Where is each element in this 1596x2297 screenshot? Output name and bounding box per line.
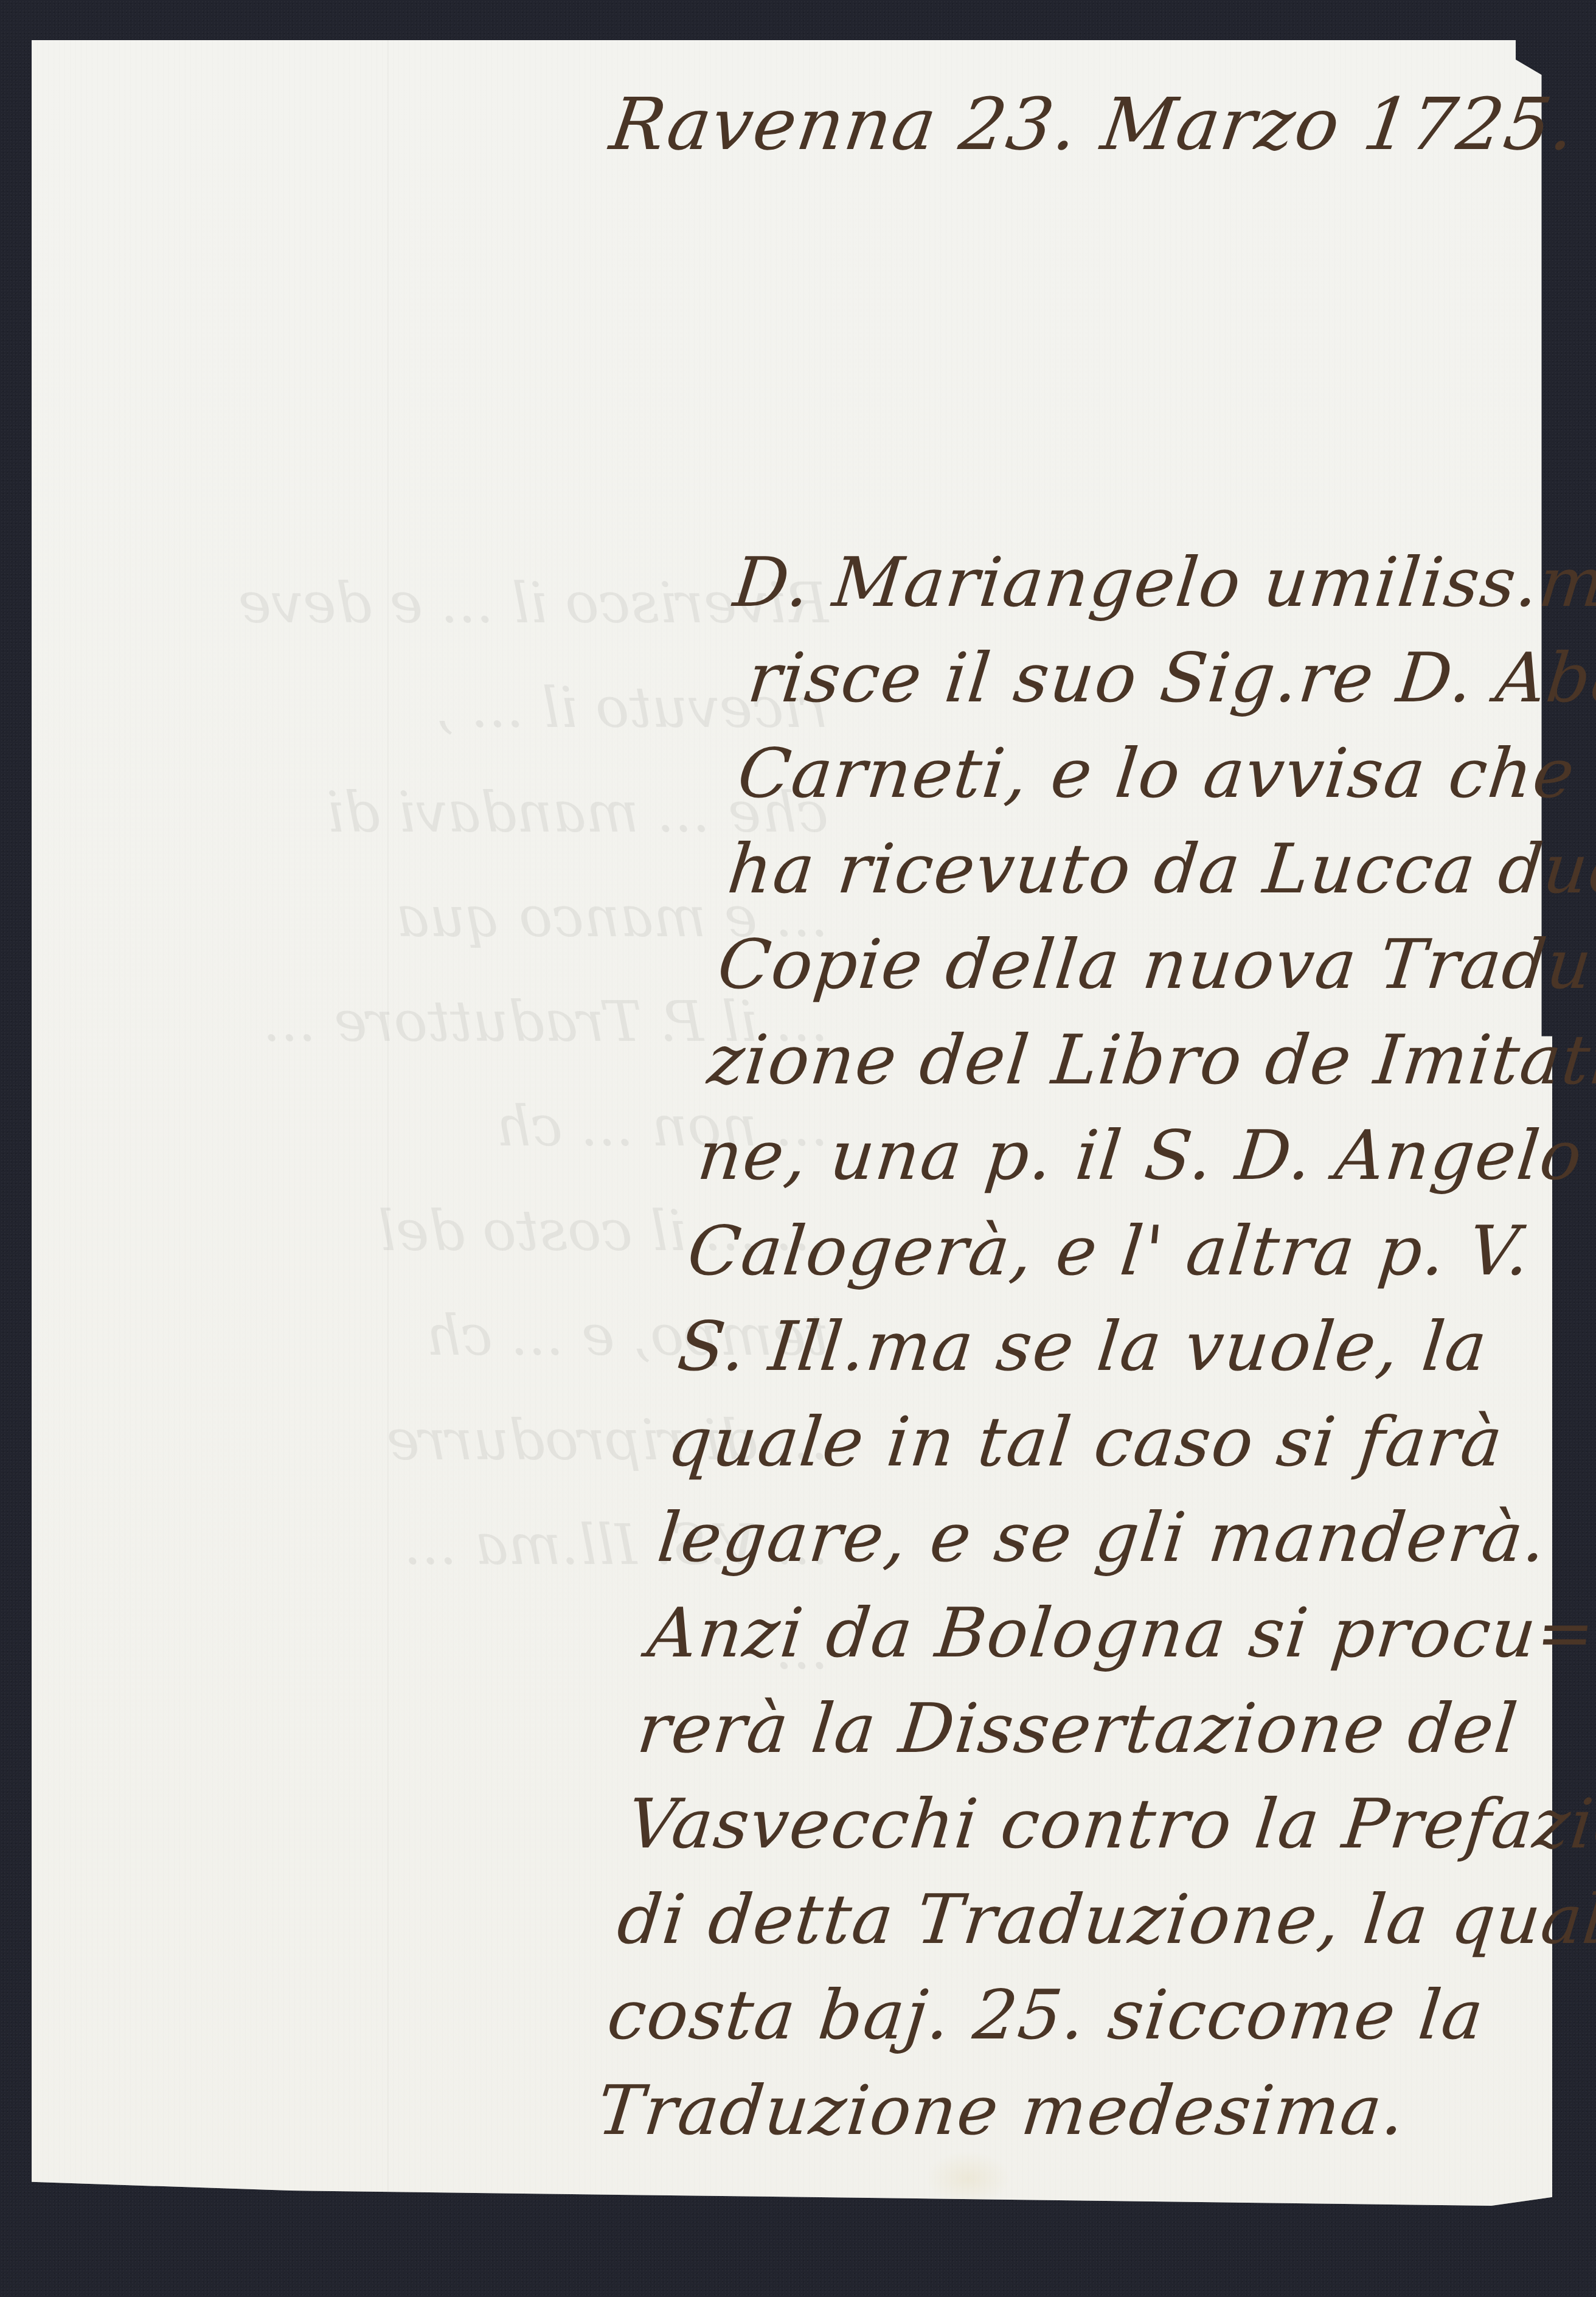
letter-line: ne, una p. il S. D. Angelo [693,1108,1596,1204]
bleed-line: ... e manco qua [68,865,828,970]
paper-stain [926,2151,1011,2206]
letter-line: costa baj. 25. siccome la [603,1968,1596,2063]
letter-line: rerà la Dissertazione del [633,1681,1596,1777]
letter-line: Traduzione medesima. [593,2063,1596,2159]
letter-line: di detta Traduzione, la quale [613,1872,1596,1968]
bleed-line: che ... mandavi di [68,760,828,865]
letter-line: Calogerà, e l' altra p. V. [683,1204,1596,1299]
letter-line: Copie della nuova Tradu= [713,917,1596,1013]
letter-body: D. Mariangelo umiliss.me rive= risce il … [593,535,1596,2159]
letter-line: quale in tal caso si farà [663,1395,1596,1490]
letter-line: risce il suo Sig.re D. Abate [743,631,1596,726]
letter-dateline: Ravenna 23. Marzo 1725. [605,82,1581,166]
letter-line: legare, e se gli manderà. [653,1490,1596,1586]
letter-line: Anzi da Bologna si procu= [643,1586,1596,1681]
letter-line: ha ricevuto da Lucca due [723,822,1596,917]
bleed-line: ricevuto il ... , [68,656,828,760]
letter-line: D. Mariangelo umiliss.me rive= [729,535,1596,631]
letter-line: Vasvecchi contro la Prefazione [623,1777,1596,1872]
bleed-line: Riverisco il ... e deve [68,551,828,656]
letter-line: S. Ill.ma se la vuole, la [673,1299,1596,1395]
letter-line: Carneti, e lo avvisa che [734,726,1596,822]
letter-line: zione del Libro de Imitatio= [703,1013,1596,1108]
